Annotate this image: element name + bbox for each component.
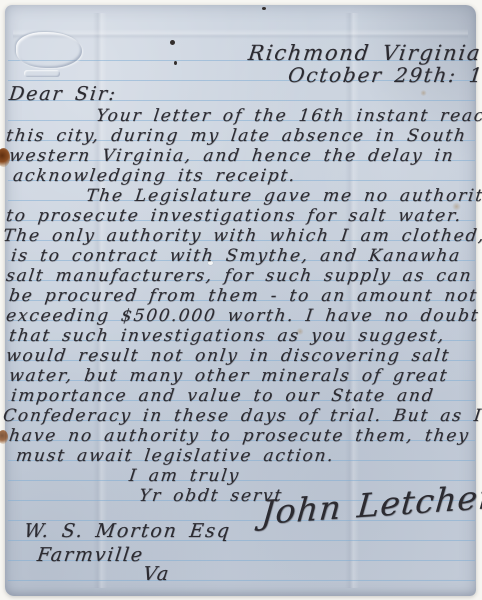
body-line: western Virginia, and hence the delay in [8, 148, 455, 165]
foxing-spot [420, 90, 427, 96]
recipient-city: Farmville [36, 546, 145, 565]
body-line: this city, during my late absence in Sou… [5, 128, 468, 145]
heading-date: October 29th: 1862. [287, 65, 482, 85]
body-line: to prosecute investigations for salt wat… [5, 208, 463, 225]
ink-speck [170, 40, 175, 45]
closing-line: I am truly [128, 468, 241, 485]
body-line: would result not only in discovering sal… [5, 348, 451, 365]
recipient-state: Va [142, 565, 171, 584]
body-line: salt manufacturers, for such supply as c… [5, 268, 473, 285]
ink-speck [262, 7, 266, 10]
body-line: importance and value to our State and [10, 388, 435, 405]
body-line: The Legislature gave me no authority [85, 188, 482, 205]
body-line: exceeding $500.000 worth. I have no doub… [5, 308, 480, 325]
salutation: Dear Sir: [8, 85, 118, 104]
body-line: have no authority to prosecute them, the… [8, 428, 471, 445]
body-line: be procured from them - to an amount not [8, 288, 479, 305]
body-line: must await legislative action. [15, 448, 336, 465]
embossed-stamp-icon [16, 32, 82, 68]
embossed-stamp-icon [24, 70, 60, 77]
body-line: that such investigations as you suggest, [8, 328, 446, 345]
body-line: Your letter of the 16th instant reached [95, 108, 482, 125]
body-line: Confederacy in these days of trial. But … [2, 408, 482, 425]
horizontal-fold-crease [13, 29, 468, 39]
letter-scan: Richmond Virginia October 29th: 1862. De… [0, 0, 482, 600]
body-line: acknowledging its receipt. [12, 168, 297, 185]
ink-speck [174, 61, 177, 65]
body-line: water, but many other minerals of great [8, 368, 449, 385]
body-line: is to contract with Smythe, and Kanawha [10, 248, 462, 265]
heading-place: Richmond Virginia [247, 43, 482, 64]
recipient-name: W. S. Morton Esq [23, 522, 232, 541]
body-line: The only authority with which I am cloth… [2, 228, 482, 245]
